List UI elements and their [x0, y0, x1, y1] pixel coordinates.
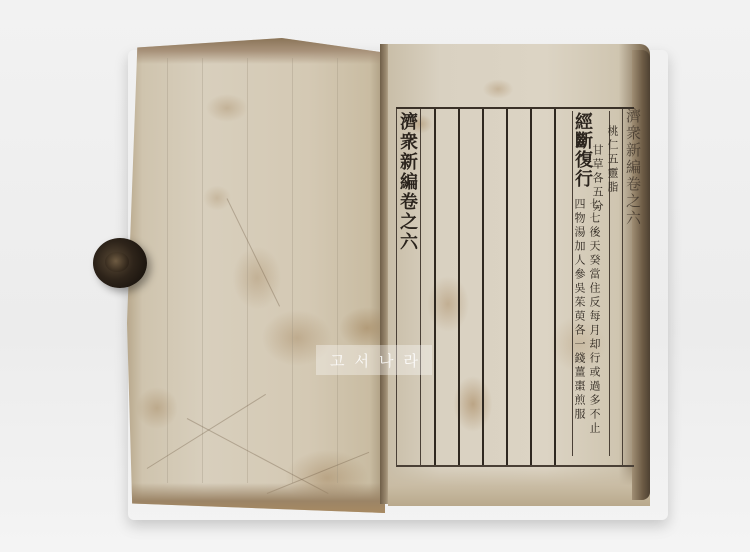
column-rule	[458, 109, 460, 465]
column-rule	[482, 109, 484, 465]
clasp-knob	[105, 252, 129, 272]
column-rule	[420, 109, 421, 465]
text-line-4: 桃仁五靈脂	[607, 125, 618, 195]
column-rule	[434, 109, 436, 465]
watermark: 고서나라	[316, 345, 432, 375]
page-edge-title: 濟衆新編卷之六	[625, 108, 640, 227]
left-page-worn-top-edge	[127, 38, 385, 64]
faint-line	[247, 58, 248, 483]
left-page	[127, 38, 385, 513]
faint-line	[292, 58, 293, 483]
column-rule	[554, 109, 556, 465]
faint-line	[167, 58, 168, 483]
text-line-3: 甘草各五分	[592, 144, 603, 214]
paper-crease	[147, 394, 266, 469]
book-photo: 濟衆新編卷之六 經斷復行 四物湯加人參吳茱萸各一錢薑棗煎服 七七後天癸當住反每月…	[0, 0, 750, 552]
right-page-bottom-margin	[388, 466, 650, 506]
text-line-2: 七七後天癸當住反每月却行或過多不止	[589, 198, 600, 436]
column-rule	[506, 109, 508, 465]
entry-heading: 經斷復行	[573, 112, 591, 188]
paper-crease	[227, 198, 281, 306]
volume-title: 濟衆新編卷之六	[398, 112, 416, 252]
book-clasp	[93, 238, 147, 288]
faint-line	[337, 58, 338, 483]
column-rule	[530, 109, 532, 465]
faint-line	[202, 58, 203, 483]
text-line-1: 四物湯加人參吳茱萸各一錢薑棗煎服	[574, 198, 585, 422]
column-rule	[622, 109, 623, 465]
